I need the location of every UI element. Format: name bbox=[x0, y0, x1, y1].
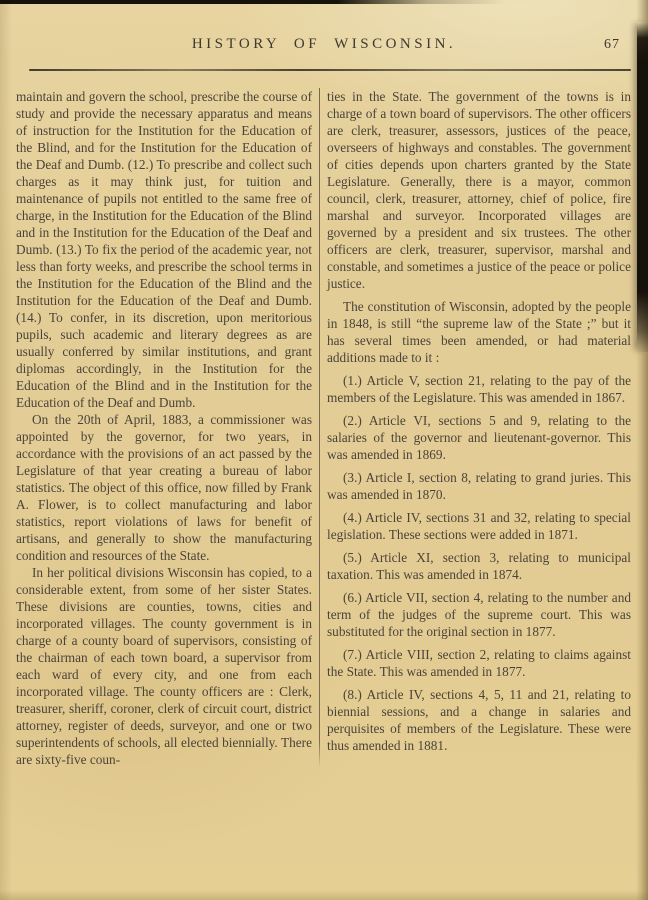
paragraph: ties in the State. The government of the… bbox=[327, 88, 631, 292]
paragraph: In her political divisions Wisconsin has… bbox=[16, 564, 312, 768]
scan-edge-left bbox=[0, 0, 12, 900]
page-header-title: HISTORY OF WISCONSIN. bbox=[0, 36, 648, 53]
page-number: 67 bbox=[604, 37, 620, 53]
amendment-item: (7.) Article VIII, section 2, relating t… bbox=[327, 646, 631, 680]
scan-edge-right-dark bbox=[637, 22, 648, 352]
amendment-item: (5.) Article XI, section 3, relating to … bbox=[327, 549, 631, 583]
amendment-item: (3.) Article I, section 8, relating to g… bbox=[327, 469, 631, 503]
amendment-item: (1.) Article V, section 21, relating to … bbox=[327, 372, 631, 406]
paragraph: The constitution of Wisconsin, adopted b… bbox=[327, 298, 631, 366]
scanned-book-page: HISTORY OF WISCONSIN. 67 maintain and go… bbox=[0, 0, 648, 900]
running-head: HISTORY OF WISCONSIN. 67 bbox=[0, 36, 648, 58]
amendment-item: (8.) Article IV, sections 4, 5, 11 and 2… bbox=[327, 686, 631, 754]
paragraph: maintain and govern the school, prescrib… bbox=[16, 88, 312, 411]
scan-edge-bottom bbox=[0, 890, 648, 900]
left-column: maintain and govern the school, prescrib… bbox=[16, 88, 312, 768]
header-rule bbox=[29, 69, 631, 71]
text-columns: maintain and govern the school, prescrib… bbox=[16, 88, 632, 768]
amendment-item: (6.) Article VII, section 4, relating to… bbox=[327, 589, 631, 640]
column-divider bbox=[319, 88, 320, 768]
paragraph: On the 20th of April, 1883, a commission… bbox=[16, 411, 312, 564]
scan-edge-top bbox=[0, 0, 648, 4]
amendment-item: (4.) Article IV, sections 31 and 32, rel… bbox=[327, 509, 631, 543]
amendment-item: (2.) Article VI, sections 5 and 9, relat… bbox=[327, 412, 631, 463]
right-column: ties in the State. The government of the… bbox=[327, 88, 631, 768]
